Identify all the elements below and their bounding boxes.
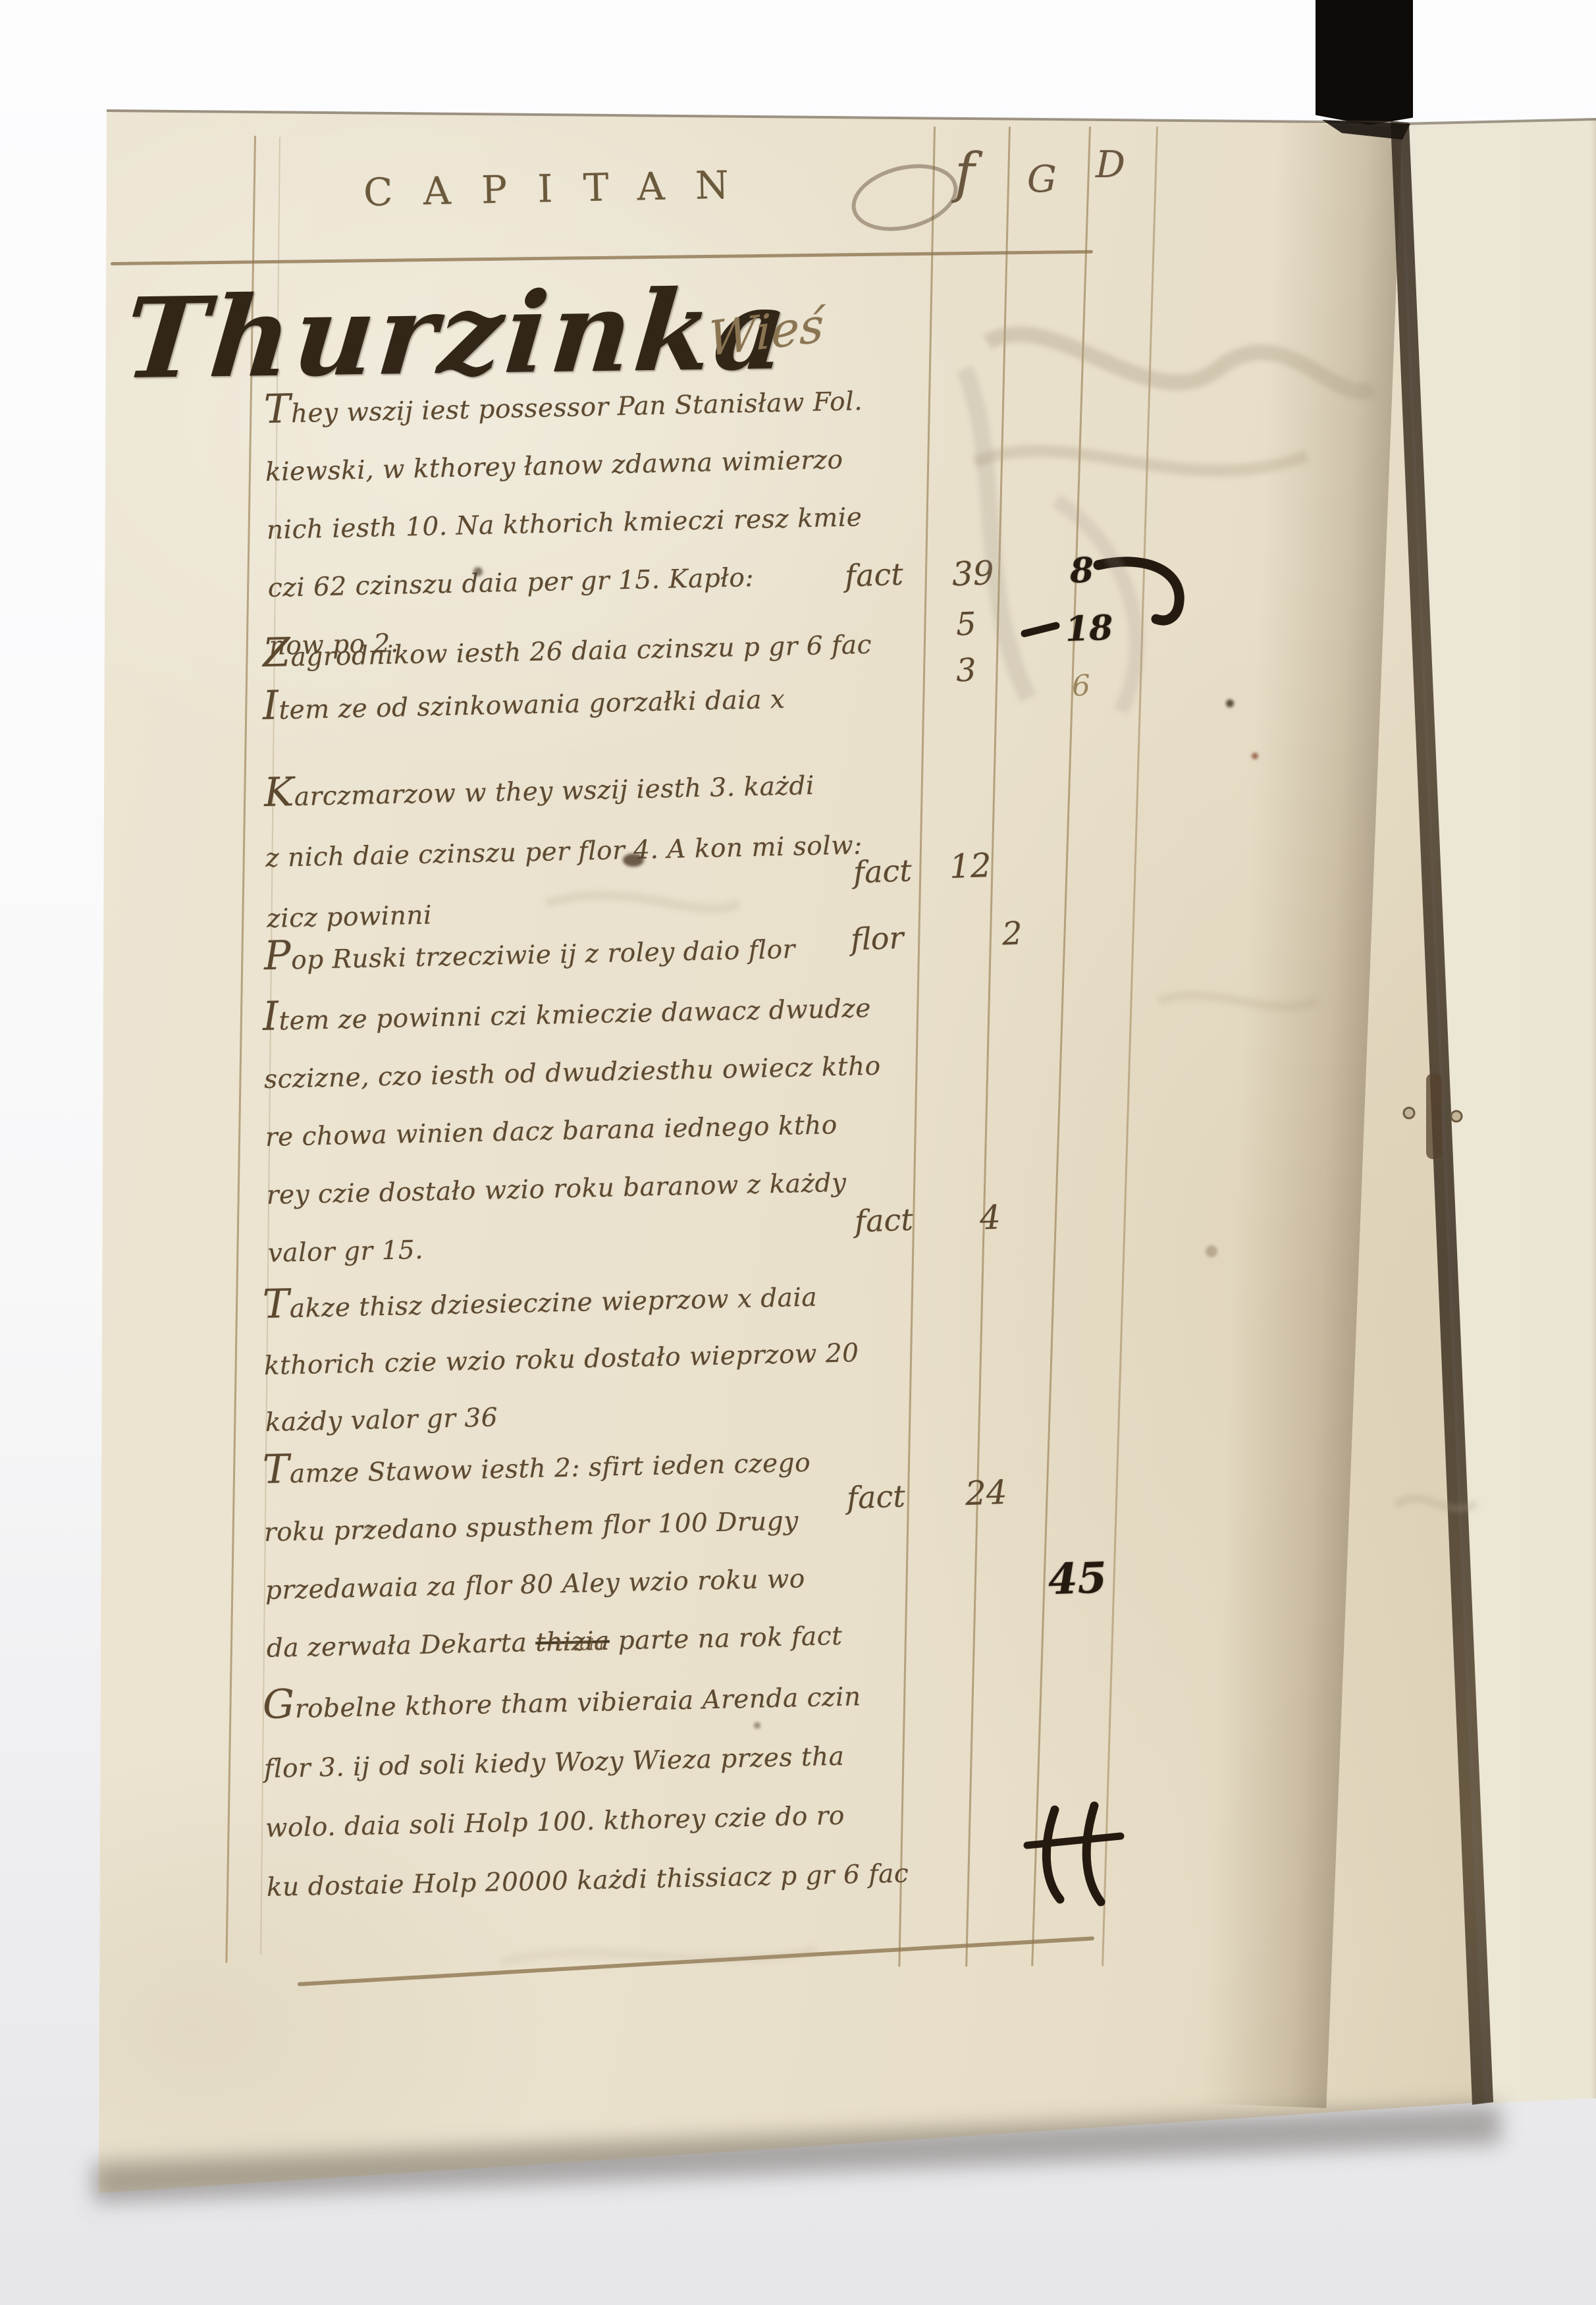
manuscript-scan: CAPITAN f G D Thurzinka Wieś They wszij … bbox=[0, 0, 1596, 2305]
end-monogram bbox=[1027, 1806, 1121, 1902]
ink-specks bbox=[366, 567, 1258, 1729]
bleedthrough-ghost bbox=[500, 335, 1476, 1963]
stitch-holes bbox=[1404, 1073, 1462, 1159]
dash-mark bbox=[1024, 626, 1056, 634]
ink-decorations bbox=[0, 0, 1596, 2305]
